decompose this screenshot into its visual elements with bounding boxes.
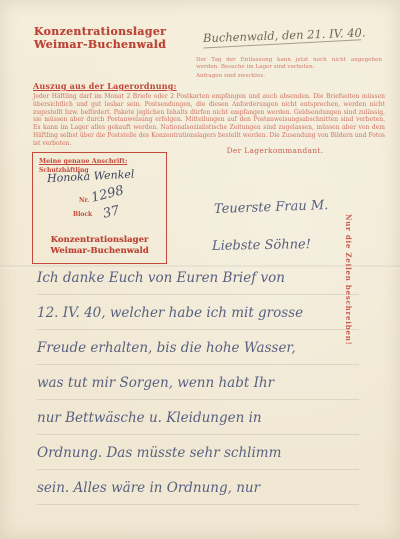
handwritten-line-2: 12. IV. 40, welcher habe ich mit grosse [37,305,359,330]
prisoner-number-handwritten: 1298 [90,183,126,206]
prisoner-address-box: Meine genaue Anschrift: Schutzhäftling H… [32,152,167,264]
camp-rules-body: Jeder Häftling darf im Monat 2 Briefe od… [33,93,385,148]
letter-paper: Konzentrationslager Weimar-Buchenwald Bu… [0,0,400,539]
release-notice-line2: Anfragen sind zwecklos. [196,73,382,79]
handwritten-line-6: Ordnung. Das müsste sehr schlimm [37,445,359,470]
release-notice: Der Tag der Entlassung kann jetzt noch n… [196,57,382,70]
handwritten-line-4: was tut mir Sorgen, wenn habt Ihr [37,375,359,400]
fold-crease [0,265,400,269]
camp-rules-heading: Auszug aus der Lagerordnung: [33,81,177,91]
handwritten-line-3: Freude erhalten, bis die hohe Wasser, [37,340,359,365]
salutation-line2: Liebste Söhne! [212,237,311,254]
address-camp-line2: Weimar-Buchenwald [33,246,166,257]
camp-name-line1: Konzentrationslager [30,25,170,38]
address-box-camp-name: Konzentrationslager Weimar-Buchenwald [33,235,166,256]
prisoner-number-label: Nr. [79,197,89,204]
block-label: Block [73,211,92,218]
date-text: Buchenwald, den 21. IV. 40. [203,25,366,45]
address-box-heading: Meine genaue Anschrift: [39,157,127,165]
handwritten-line-7: sein. Alles wäre in Ordnung, nur [37,480,359,505]
handwritten-line-1: Ich danke Euch von Euren Brief von [37,270,359,295]
handwritten-line-5: nur Bettwäsche u. Kleidungen in [37,410,359,435]
block-number-handwritten: 37 [101,203,121,222]
salutation-line1: Teuerste Frau M. [214,198,329,217]
handwritten-date: Buchenwald, den 21. IV. 40. [203,25,383,47]
camp-commandant-signature: Der Lagerkommandant. [200,146,350,155]
camp-letterhead: Konzentrationslager Weimar-Buchenwald [30,25,170,51]
camp-name-line2: Weimar-Buchenwald [30,38,170,51]
address-camp-line1: Konzentrationslager [33,235,166,246]
